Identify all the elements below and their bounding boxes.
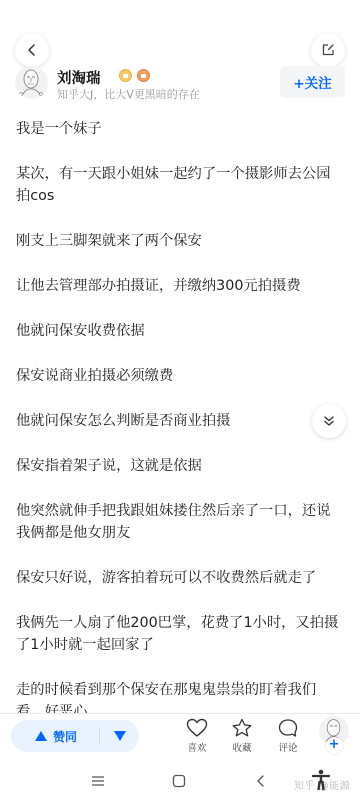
orange-rank-badge-icon <box>137 69 150 82</box>
chevron-left-icon <box>25 43 39 57</box>
comment-button[interactable]: 评论 <box>268 718 308 754</box>
triangle-up-icon <box>35 731 47 741</box>
upvote-button[interactable]: 赞同 <box>11 720 99 752</box>
paragraph: 他就问保安收费依据 <box>16 320 344 342</box>
answer-action-bar: 赞同 喜欢 收藏 评论 + <box>0 713 360 763</box>
downvote-button[interactable] <box>100 720 139 752</box>
gold-crown-badge-icon <box>119 69 132 82</box>
paragraph: 某次，有一天跟小姐妹一起约了一个摄影师去公园拍cos <box>16 163 344 207</box>
favorite-button[interactable]: 收藏 <box>222 718 262 754</box>
square-home-icon <box>172 774 186 788</box>
double-chevron-down-icon <box>322 414 336 428</box>
back-button[interactable] <box>15 33 49 67</box>
author-bio: 知乎大J，比大V更黑暗的存在 <box>57 86 200 102</box>
accessibility-button[interactable] <box>312 769 330 795</box>
scroll-next-button[interactable] <box>312 404 346 438</box>
paragraph: 他突然就伸手把我跟姐妹搂住然后亲了一口，还说我俩都是他女朋友 <box>16 500 344 544</box>
sketch-face-avatar-icon <box>15 66 48 99</box>
author-follow-shortcut[interactable]: + <box>316 716 352 754</box>
follow-button[interactable]: +关注 <box>280 66 345 98</box>
triangle-down-icon <box>114 731 126 741</box>
system-nav-bar: 知乎 @能源 <box>0 763 360 800</box>
comment-label: 评论 <box>278 740 297 754</box>
star-icon <box>231 718 253 738</box>
paragraph: 让他去管理部办拍摄证，并缴纳300元拍摄费 <box>16 275 344 297</box>
like-button[interactable]: 喜欢 <box>177 718 217 754</box>
author-row: 刘淘瑞 知乎大J，比大V更黑暗的存在 +关注 <box>15 66 345 100</box>
recent-apps-button[interactable] <box>88 771 108 791</box>
paragraph: 保安说商业拍摄必须缴费 <box>16 365 344 387</box>
chevron-left-icon <box>255 774 267 788</box>
paragraph: 保安只好说，游客拍着玩可以不收费然后就走了 <box>16 567 344 589</box>
menu-lines-icon <box>91 775 105 787</box>
author-badges <box>119 69 150 82</box>
share-external-icon <box>321 43 335 57</box>
upvote-label: 赞同 <box>53 728 77 745</box>
heart-icon <box>186 718 208 738</box>
comment-bubble-icon <box>277 718 299 738</box>
home-button[interactable] <box>169 771 189 791</box>
like-label: 喜欢 <box>187 740 206 754</box>
avatar[interactable] <box>15 66 48 99</box>
vote-group: 赞同 <box>11 720 139 752</box>
paragraph: 我俩先一人扇了他200巴掌，花费了1小时，又拍摄了1小时就一起回家了 <box>16 612 344 656</box>
paragraph: 他就问保安怎么判断是否商业拍摄 <box>16 410 344 432</box>
share-button[interactable] <box>311 33 345 67</box>
favorite-label: 收藏 <box>232 740 251 754</box>
follow-plus-icon: + <box>326 737 343 754</box>
author-name[interactable]: 刘淘瑞 <box>57 67 101 88</box>
answer-content: 我是一个妹子 某次，有一天跟小姐妹一起约了一个摄影师去公园拍cos 刚支上三脚架… <box>16 118 344 746</box>
paragraph: 刚支上三脚架就来了两个保安 <box>16 230 344 252</box>
paragraph: 我是一个妹子 <box>16 118 344 140</box>
accessibility-person-icon <box>312 769 330 791</box>
system-back-button[interactable] <box>251 771 271 791</box>
paragraph: 保安指着架子说，这就是依据 <box>16 455 344 477</box>
